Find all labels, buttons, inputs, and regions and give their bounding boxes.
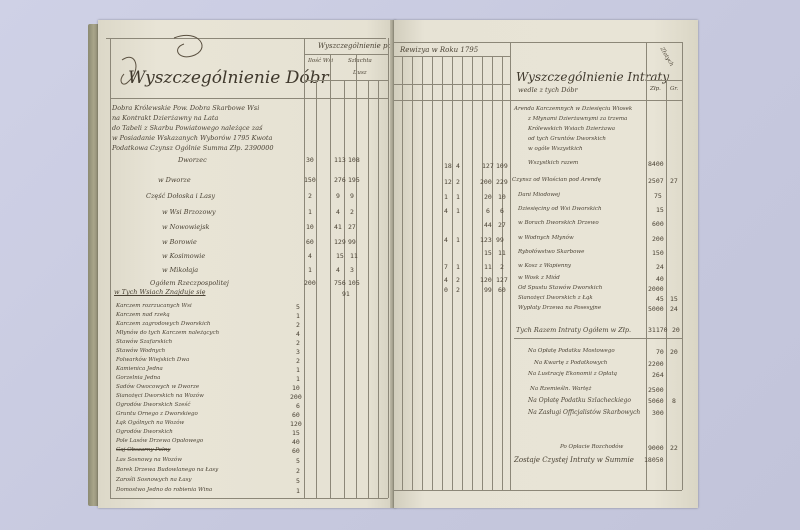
- entry-value: 150: [304, 176, 316, 184]
- income-label: Dziesięciny od Wsi Dworskich: [518, 206, 602, 212]
- entry-value: 27: [348, 223, 356, 231]
- item-label: Sadów Owocowych w Dworze: [116, 384, 199, 390]
- col-rule: [356, 54, 357, 498]
- item-label: Gaj Obszarny Polny: [116, 447, 170, 453]
- intro-line: Królewskich Wsiach Dzierżawa: [528, 126, 615, 132]
- item-label: Pole Lasów Drzewa Opałowego: [116, 438, 203, 444]
- col-rule: [510, 42, 511, 490]
- intro-line: Arenda Karczemnych w Dziesięciu Wiosek: [514, 106, 632, 112]
- col-rule: [402, 56, 403, 490]
- entry-value: 11: [350, 252, 358, 260]
- entry-value: 41: [334, 223, 342, 231]
- item-value: 2: [296, 357, 300, 365]
- item-label: Las Sosnowy na Wozów: [116, 457, 182, 463]
- item-value: 1: [296, 366, 300, 374]
- entry-value: 113: [334, 156, 346, 164]
- revision-value: 20: [484, 193, 492, 201]
- entry-value: 1: [308, 266, 312, 274]
- col-rule: [492, 56, 493, 490]
- income-zl: 150: [652, 249, 664, 257]
- entry-value: 200: [304, 279, 316, 287]
- title-flourish: [112, 30, 222, 100]
- deduction-label: Na Opłatę Podatku Mostowego: [528, 348, 615, 354]
- total-rule: [514, 338, 682, 339]
- entry-value: 2: [308, 192, 312, 200]
- item-label: Ogrodów Dworskich Sześć: [116, 402, 190, 408]
- revision-value: 99: [496, 236, 504, 244]
- income-zl: 2000: [648, 285, 664, 293]
- col-rule: [666, 80, 667, 490]
- item-value: 15: [292, 429, 300, 437]
- entry-label: w Wsi Brzozowy: [162, 208, 216, 216]
- item-label: Sianożęci Dworskich na Wozów: [116, 393, 204, 399]
- column-group-header: Rewizya w Roku 1795: [400, 46, 478, 54]
- item-value: 2: [296, 321, 300, 329]
- item-value: 1: [296, 487, 300, 495]
- col-rule: [344, 80, 345, 498]
- income-label: Wypłaty Drzewa na Posesyjne: [518, 305, 601, 311]
- income-label: Sianożęci Dworskich z Łąk: [518, 295, 593, 301]
- left-page: Wyszczególnienie Dóbr Wyszczególnienie p…: [98, 20, 396, 508]
- item-value: 120: [290, 420, 302, 428]
- total-gr: 20: [672, 326, 680, 334]
- income-label: Od Spustu Stawów Dworskich: [518, 285, 602, 291]
- frame-bottom-rule: [394, 490, 682, 491]
- col-rule: [432, 56, 433, 490]
- deduction-label: Na Rzemieśln. Wartęż: [530, 386, 591, 392]
- summary-gr: 22: [670, 444, 678, 452]
- revision-value: 1: [456, 236, 460, 244]
- revision-value: 10: [498, 193, 506, 201]
- item-label: Karczem rozrzucanych Wsi: [116, 303, 192, 309]
- entry-value: 15: [336, 252, 344, 260]
- entry-value: 30: [306, 156, 314, 164]
- item-label: Folwarków Wiejskich Dwa: [116, 357, 189, 363]
- deduction-label: Na Opłatę Podatku Szlacheckiego: [528, 397, 631, 404]
- corner-header: Złotych: [659, 46, 675, 67]
- income-zl: 24: [656, 263, 664, 271]
- income-zl: 45: [656, 295, 664, 303]
- item-value: 5: [296, 303, 300, 311]
- item-label: Gorzelnia Jedna: [116, 375, 160, 381]
- revision-value: 11: [498, 249, 506, 257]
- item-label: Kamienica Jedna: [116, 366, 163, 372]
- item-value: 60: [292, 411, 300, 419]
- income-zl: 40: [656, 275, 664, 283]
- entry-label: Dworzec: [178, 156, 207, 164]
- col-rule: [472, 56, 473, 490]
- item-value: 5: [296, 457, 300, 465]
- col-rule: [368, 80, 369, 498]
- item-label: Borek Drzewa Budowlanego na Łasy: [116, 467, 218, 473]
- income-label: w Wodnych Młynów: [518, 235, 574, 241]
- col-rule: [646, 42, 647, 490]
- entry-value: 60: [306, 238, 314, 246]
- deduction-zl: 70: [656, 348, 664, 356]
- open-ledger-book: Wyszczególnienie Dóbr Wyszczególnienie p…: [88, 20, 708, 512]
- subheader-nobility: Szlachta: [348, 58, 372, 64]
- revision-value: 0: [444, 286, 448, 294]
- col-rule: [304, 38, 305, 498]
- item-value: 1: [296, 375, 300, 383]
- revision-value: 1: [456, 207, 460, 215]
- deduction-zl: 2500: [648, 386, 664, 394]
- deduction-label: Na Kwartę z Podatkowych: [534, 360, 607, 366]
- income-gr: 15: [670, 295, 678, 303]
- entry-value: 9: [336, 192, 340, 200]
- entry-value: 99: [348, 238, 356, 246]
- revision-value: 99: [484, 286, 492, 294]
- item-label: Młynów do tych Karczem należących: [116, 330, 219, 336]
- revision-value: 44: [484, 221, 492, 229]
- frame-bottom-rule: [110, 498, 388, 499]
- col-rule: [442, 56, 443, 490]
- deduction-gr: 20: [670, 348, 678, 356]
- item-value: 5: [296, 477, 300, 485]
- income-zl: 2507: [648, 177, 664, 185]
- item-label: Karczem zagrodowych Dworskich: [116, 321, 210, 327]
- income-subtitle: wedle z tych Dóbr: [518, 86, 578, 94]
- revision-value: 4: [456, 162, 460, 170]
- entry-label: w Nowowiejsk: [162, 223, 210, 231]
- revision-value: 2: [500, 263, 504, 271]
- income-zl: 5000: [648, 305, 664, 313]
- col-rule: [502, 56, 503, 490]
- item-value: 2: [296, 467, 300, 475]
- revision-value: 4: [444, 276, 448, 284]
- item-label: Gruntu Ornego z Dworskiego: [116, 411, 198, 417]
- revision-value: 200: [480, 178, 492, 186]
- section-heading: w Tych Wsiach Znajduje się: [114, 288, 206, 296]
- entry-value: 4: [336, 266, 340, 274]
- income-gr: 24: [670, 305, 678, 313]
- income-label: w Borach Dworskich Drzewo: [518, 220, 599, 226]
- total-zl: 31170: [648, 326, 668, 334]
- header-rule: [304, 54, 388, 55]
- item-value: 10: [292, 384, 300, 392]
- revision-value: 1: [444, 193, 448, 201]
- deduction-zl: 2200: [648, 360, 664, 368]
- entry-value: 108: [348, 156, 360, 164]
- item-label: Ogrodów Dworskich: [116, 429, 173, 435]
- income-label: w Kosz z Wapienny: [518, 263, 571, 269]
- revision-value: 4: [444, 207, 448, 215]
- entry-label: Część Dołoska i Lasy: [146, 192, 215, 200]
- income-label: Dani Miodowej: [518, 192, 560, 198]
- revision-value: 6: [500, 207, 504, 215]
- col-rule: [412, 56, 413, 490]
- entry-value: 756: [334, 279, 346, 287]
- income-label: w Wosk z Miód: [518, 275, 560, 281]
- income-label: Wszystkich razem: [528, 160, 578, 166]
- revision-value: 4: [444, 236, 448, 244]
- entry-value: 10: [306, 223, 314, 231]
- entry-value: 2: [350, 208, 354, 216]
- column-group-header: Wyszczególnienie po: [318, 42, 392, 50]
- col-rule: [682, 42, 683, 490]
- revision-value: 1: [456, 263, 460, 271]
- deduction-label: Na Lustrację Ekonomii z Opłatą: [528, 371, 617, 377]
- item-value: 2: [296, 339, 300, 347]
- item-label: Stawów Szafarskich: [116, 339, 172, 345]
- income-zl: 75: [654, 192, 662, 200]
- col-rule: [388, 38, 389, 498]
- col-rule: [452, 56, 453, 490]
- page-title: Wyszczególnienie Dóbr: [128, 68, 329, 88]
- entry-label: w Dworze: [158, 176, 191, 184]
- intro-line: Dobra Królewskie Pow. Dobra Skarbowe Wsi: [112, 104, 259, 112]
- intro-line: z Młynami Dzierżawnymi za trzema: [528, 116, 627, 122]
- item-value: 6: [296, 402, 300, 410]
- entry-value: 4: [336, 208, 340, 216]
- revision-value: 2: [456, 286, 460, 294]
- summary-zl: 18050: [644, 456, 664, 464]
- item-value: 1: [296, 312, 300, 320]
- revision-value: 11: [484, 263, 492, 271]
- deduction-zl: 300: [652, 409, 664, 417]
- corner-subheader-gr: Gr.: [670, 86, 678, 92]
- entry-value: 4: [308, 252, 312, 260]
- income-zl: 8400: [648, 160, 664, 168]
- revision-value: 1: [456, 193, 460, 201]
- intro-line: do Tabeli z Skarbu Powiatowego należące …: [112, 124, 262, 132]
- entry-value: 276: [334, 176, 346, 184]
- income-label: Czynsz od Włościan pod Arendę: [512, 177, 601, 183]
- item-value: 40: [292, 438, 300, 446]
- item-label: Łąk Ogólnych na Wozów: [116, 420, 184, 426]
- col-rule: [422, 56, 423, 490]
- col-rule: [330, 54, 331, 498]
- intro-line: w Posiadanie Wskazanych Wyborów 1795 Kwo…: [112, 134, 272, 142]
- deduction-zl: 5060: [648, 397, 664, 405]
- revision-value: 229: [496, 178, 508, 186]
- right-page: Rewizya w Roku 1795 18 4 127 109 12 2 20…: [394, 20, 698, 508]
- revision-value: 60: [498, 286, 506, 294]
- item-value: 3: [296, 348, 300, 356]
- item-value: 60: [292, 447, 300, 455]
- income-label: Rybołówstwo Skarbowe: [518, 249, 584, 255]
- entry-value: 3: [350, 266, 354, 274]
- frame-left-rule: [110, 38, 111, 498]
- entry-value: 9: [350, 192, 354, 200]
- revision-value: 15: [484, 249, 492, 257]
- deduction-label: Na Zasługi Officjalistów Skarbowych: [528, 409, 640, 416]
- revision-value: 7: [444, 263, 448, 271]
- deduction-zl: 264: [652, 371, 664, 379]
- item-label: Karczem nad rzeką: [116, 312, 170, 318]
- header-bottom-rule: [394, 100, 682, 101]
- entry-value: 91: [342, 290, 350, 298]
- income-zl: 600: [652, 220, 664, 228]
- intro-line: w ogóle Wszystkich: [528, 146, 583, 152]
- revision-value: 120: [480, 276, 492, 284]
- entry-label: w Kosimowie: [162, 252, 205, 260]
- item-value: 4: [296, 330, 300, 338]
- revision-value: 127: [482, 162, 494, 170]
- entry-label: w Mikołaja: [162, 266, 198, 274]
- income-zl: 200: [652, 235, 664, 243]
- frame-top-rule: [394, 42, 682, 43]
- revision-value: 123: [480, 236, 492, 244]
- col-rule: [316, 80, 317, 498]
- entry-value: 195: [348, 176, 360, 184]
- revision-value: 2: [456, 178, 460, 186]
- revision-value: 27: [498, 221, 506, 229]
- intro-line: Podatkowa Czynsz Ogólnie Summa Złp. 2390…: [112, 144, 274, 152]
- entry-value: 105: [348, 279, 360, 287]
- entry-label: w Borowie: [162, 238, 197, 246]
- col-rule: [462, 56, 463, 490]
- deduction-gr: 8: [672, 397, 676, 405]
- income-gr: 27: [670, 177, 678, 185]
- revision-value: 6: [486, 207, 490, 215]
- col-rule: [482, 56, 483, 490]
- revision-value: 109: [496, 162, 508, 170]
- col-rule: [378, 80, 379, 498]
- revision-value: 18: [444, 162, 452, 170]
- entry-value: 1: [308, 208, 312, 216]
- item-label: Stawów Wodnych: [116, 348, 165, 354]
- revision-value: 12: [444, 178, 452, 186]
- item-value: 200: [290, 393, 302, 401]
- header-rule: [646, 80, 682, 81]
- summary-zl: 9000: [648, 444, 664, 452]
- item-label: Zarośli Sosnowych na Łasy: [116, 477, 192, 483]
- intro-line: na Kontrakt Dzierżawny na Lata: [112, 114, 218, 122]
- entry-value: 129: [334, 238, 346, 246]
- item-label: Domostwo Jedno do robienia Wina: [116, 487, 212, 493]
- revision-value: 2: [456, 276, 460, 284]
- corner-subheader-zl: Złp.: [650, 86, 661, 92]
- intro-line: od tych Gruntów Dworskich: [528, 136, 606, 142]
- income-zl: 15: [656, 206, 664, 214]
- total-label: Tych Razem Intraty Ogółem w Złp.: [516, 326, 631, 334]
- summary-label: Po Opłacie Rozchodów: [560, 444, 623, 450]
- summary-label: Zostaje Czystej Intraty w Summie: [514, 456, 634, 464]
- revision-value: 127: [496, 276, 508, 284]
- entry-label: Ogółem Rzeczpospolitej: [150, 279, 229, 287]
